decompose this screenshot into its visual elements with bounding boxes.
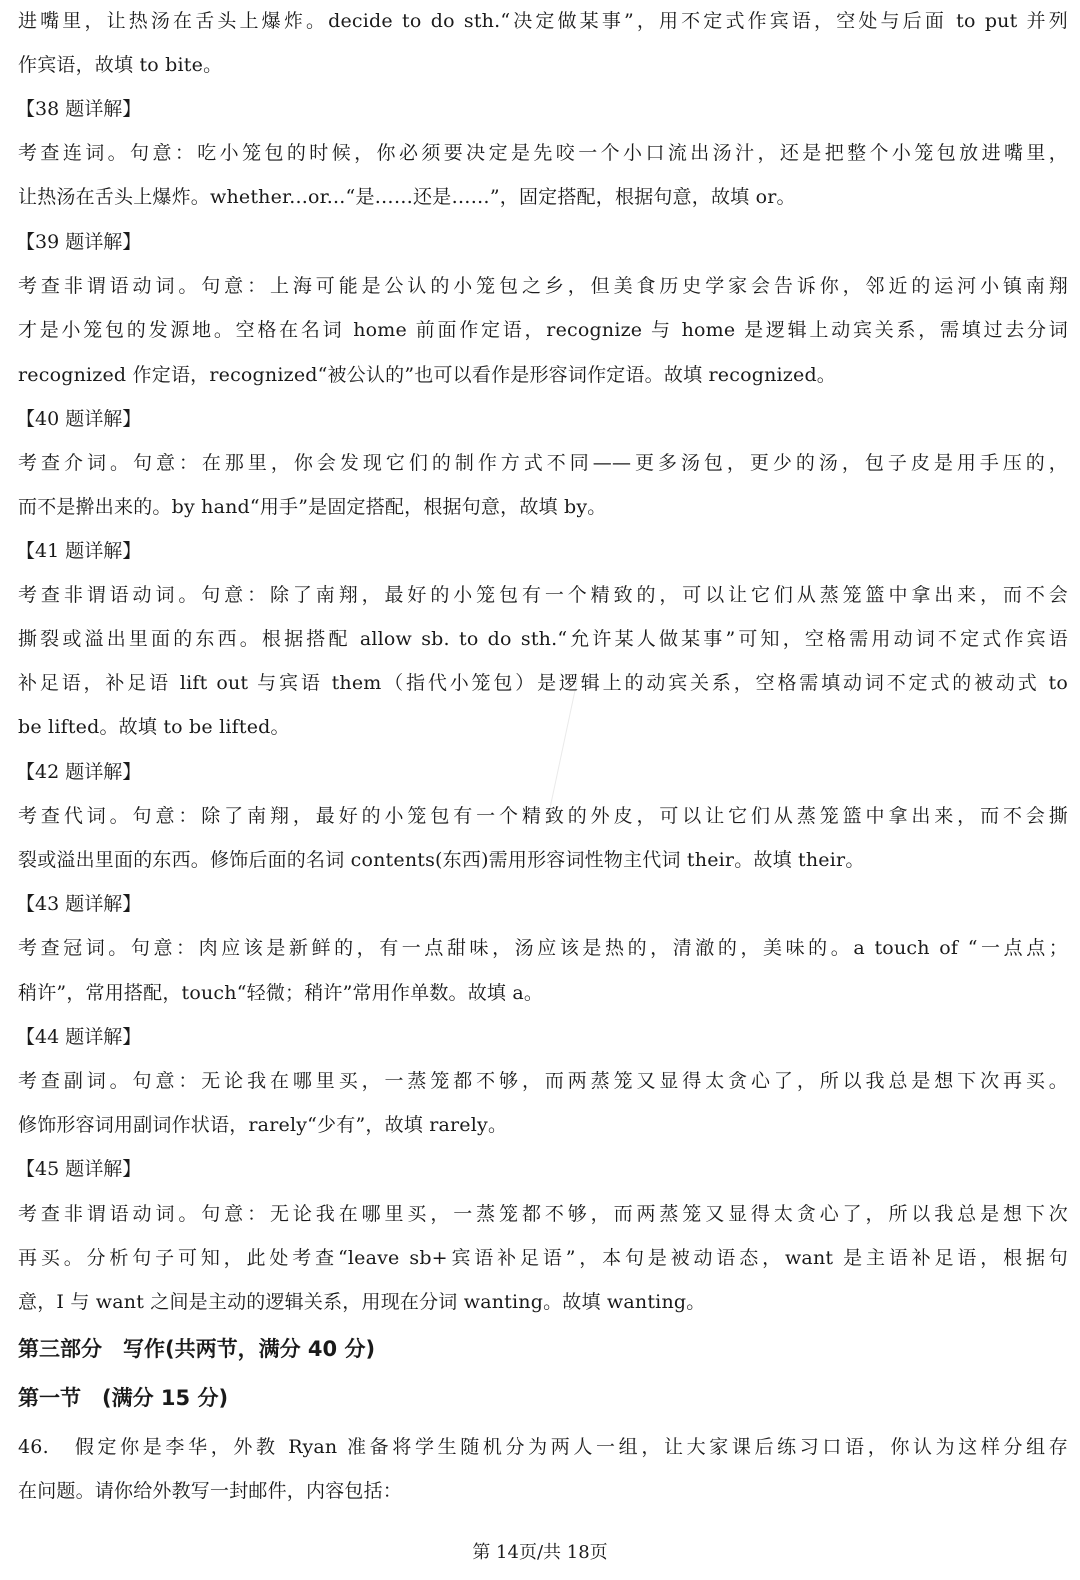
paragraph-line: 考查非谓语动词。句意：无论我在哪里买，一蒸笼都不够，而两蒸笼又显得太贪心了，所以… <box>18 1201 1068 1227</box>
paragraph-line: 作宾语，故填 to bite。 <box>18 52 1068 78</box>
paragraph-line: 再买。分析句子可知，此处考查“leave sb+宾语补足语”，本句是被动语态，w… <box>18 1245 1068 1271</box>
paragraph-line: 46. 假定你是李华，外教 Ryan 准备将学生随机分为两人一组，让大家课后练习… <box>18 1434 1068 1460</box>
question-heading-45: 【45 题详解】 <box>16 1156 141 1182</box>
question-heading-38: 【38 题详解】 <box>16 96 141 122</box>
question-heading-40: 【40 题详解】 <box>16 406 141 432</box>
paragraph-line: 裂或溢出里面的东西。修饰后面的名词 contents(东西)需用形容词性物主代词… <box>18 847 1068 873</box>
paragraph-line: 修饰形容词用副词作状语，rarely“少有”，故填 rarely。 <box>18 1112 1068 1138</box>
paragraph-line: 考查代词。句意：除了南翔，最好的小笼包有一个精致的外皮，可以让它们从蒸笼篮中拿出… <box>18 803 1068 829</box>
section-title-sec1: 第一节 (满分 15 分) <box>18 1384 228 1412</box>
question-heading-41: 【41 题详解】 <box>16 538 141 564</box>
paragraph-line: 考查非谓语动词。句意：上海可能是公认的小笼包之乡，但美食历史学家会告诉你，邻近的… <box>18 273 1068 299</box>
paragraph-line: 撕裂或溢出里面的东西。根据搭配 allow sb. to do sth.“允许某… <box>18 626 1068 652</box>
document-page: 进嘴里，让热汤在舌头上爆炸。decide to do sth.“决定做某事”，用… <box>0 0 1080 1580</box>
paragraph-line: 稍许”，常用搭配，touch“轻微；稍许”常用作单数。故填 a。 <box>18 980 1068 1006</box>
paragraph-line: 意，I 与 want 之间是主动的逻辑关系，用现在分词 wanting。故填 w… <box>18 1289 1068 1315</box>
paragraph-line: 考查非谓语动词。句意：除了南翔，最好的小笼包有一个精致的，可以让它们从蒸笼篮中拿… <box>18 582 1068 608</box>
question-heading-44: 【44 题详解】 <box>16 1024 141 1050</box>
paragraph-line: be lifted。故填 to be lifted。 <box>18 714 1068 740</box>
question-heading-42: 【42 题详解】 <box>16 759 141 785</box>
paragraph-line: 考查副词。句意：无论我在哪里买，一蒸笼都不够，而两蒸笼又显得太贪心了，所以我总是… <box>18 1068 1068 1094</box>
paragraph-line: recognized 作定语，recognized“被公认的”也可以看作是形容词… <box>18 362 1068 388</box>
paragraph-line: 在问题。请你给外教写一封邮件，内容包括： <box>18 1478 1068 1504</box>
paragraph-line: 而不是擀出来的。by hand“用手”是固定搭配，根据句意，故填 by。 <box>18 494 1068 520</box>
page-number-footer: 第 14页/共 18页 <box>0 1541 1080 1565</box>
paragraph-line: 让热汤在舌头上爆炸。whether...or...“是……还是……”，固定搭配，… <box>18 184 1068 210</box>
paragraph-line: 考查冠词。句意：肉应该是新鲜的，有一点甜味，汤应该是热的，清澈的，美味的。a t… <box>18 935 1068 961</box>
question-heading-39: 【39 题详解】 <box>16 229 141 255</box>
paragraph-line: 补足语，补足语 lift out 与宾语 them（指代小笼包）是逻辑上的动宾关… <box>18 670 1068 696</box>
paragraph-line: 考查介词。句意：在那里，你会发现它们的制作方式不同——更多汤包，更少的汤，包子皮… <box>18 450 1068 476</box>
paragraph-line: 才是小笼包的发源地。空格在名词 home 前面作定语，recognize 与 h… <box>18 317 1068 343</box>
paragraph-line: 考查连词。句意：吃小笼包的时候，你必须要决定是先咬一个小口流出汤汁，还是把整个小… <box>18 140 1068 166</box>
paragraph-line: 进嘴里，让热汤在舌头上爆炸。decide to do sth.“决定做某事”，用… <box>18 8 1068 34</box>
question-heading-43: 【43 题详解】 <box>16 891 141 917</box>
section-title-part3: 第三部分 写作(共两节，满分 40 分) <box>18 1335 375 1363</box>
